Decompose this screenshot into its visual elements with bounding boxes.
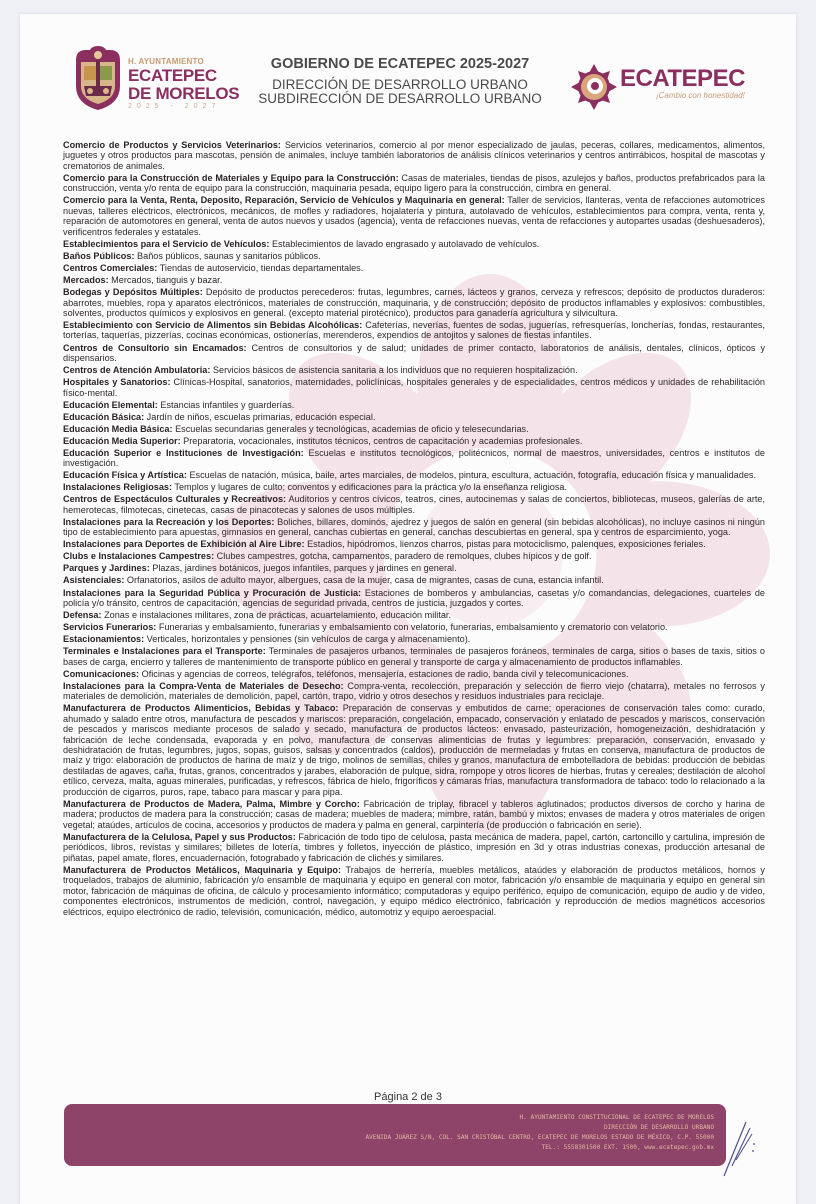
coat-of-arms-icon <box>70 46 126 112</box>
logo-line-ayuntamiento: H. AYUNTAMIENTO <box>128 58 239 66</box>
land-use-term: Centros Comerciales: <box>63 263 157 273</box>
footer-banner: H. AYUNTAMIENTO CONSTITUCIONAL DE ECATEP… <box>64 1104 726 1166</box>
land-use-entry: Instalaciones Religiosas: Templos y luga… <box>63 482 765 492</box>
land-use-description: Templos y lugares de culto; conventos y … <box>172 482 567 492</box>
land-use-description: Tiendas de autoservicio, tiendas departa… <box>157 263 363 273</box>
land-use-entry: Establecimiento con Servicio de Alimento… <box>63 320 765 341</box>
land-use-entry: Educación Básica: Jardín de niños, escue… <box>63 412 765 422</box>
land-use-term: Parques y Jardines: <box>63 563 150 573</box>
land-use-entry: Instalaciones para la Seguridad Pública … <box>63 588 765 609</box>
land-use-term: Educación Básica: <box>63 412 144 422</box>
land-use-description: Mercados, tianguis y bazar. <box>109 275 223 285</box>
logo-line-ecatepec: ECATEPEC <box>128 67 239 84</box>
land-use-term: Baños Públicos: <box>63 251 135 261</box>
land-use-term: Estacionamientos: <box>63 634 144 644</box>
land-use-entry: Educación Superior e Instituciones de In… <box>63 448 765 469</box>
signature-initials-icon <box>720 1114 760 1184</box>
land-use-description: Baños públicos, saunas y sanitarios públ… <box>135 251 321 261</box>
land-use-term: Terminales e Instalaciones para el Trans… <box>63 646 266 656</box>
land-use-entry: Centros Comerciales: Tiendas de autoserv… <box>63 263 765 273</box>
land-use-term: Establecimiento con Servicio de Alimento… <box>63 320 362 330</box>
land-use-term: Comunicaciones: <box>63 669 139 679</box>
land-use-term: Manufacturera de Productos de Madera, Pa… <box>63 799 360 809</box>
land-use-entry: Centros de Espectáculos Culturales y Rec… <box>63 494 765 515</box>
footer-line-ayuntamiento: H. AYUNTAMIENTO CONSTITUCIONAL DE ECATEP… <box>365 1113 714 1123</box>
document-page: H. AYUNTAMIENTO ECATEPEC DE MORELOS 2025… <box>20 14 796 1200</box>
land-use-description: Verticales, horizontales y pensiones (si… <box>144 634 470 644</box>
land-use-entry: Terminales e Instalaciones para el Trans… <box>63 646 765 667</box>
land-use-description: Preparación de conservas y embutidos de … <box>63 703 765 797</box>
land-use-entry: Manufacturera de Productos de Madera, Pa… <box>63 799 765 830</box>
land-use-term: Instalaciones para la Seguridad Pública … <box>63 588 361 598</box>
land-use-term: Educación Media Básica: <box>63 424 173 434</box>
land-use-term: Manufacturera de Productos Alimenticios,… <box>63 703 338 713</box>
logo-years: 2025 - 2027 <box>128 103 239 110</box>
land-use-entry: Estacionamientos: Verticales, horizontal… <box>63 634 765 644</box>
government-title: GOBIERNO DE ECATEPEC 2025-2027 <box>240 56 560 72</box>
land-use-description: Establecimientos de lavado engrasado y a… <box>269 239 539 249</box>
land-use-term: Bodegas y Depósitos Múltiples: <box>63 287 203 297</box>
land-use-entry: Educación Física y Artística: Escuelas d… <box>63 470 765 480</box>
footer-line-contact: TEL.: 5558301500 EXT. 1500, www.ecatepec… <box>365 1143 714 1153</box>
land-use-description: Clubes campestres, gotcha, campamentos, … <box>214 551 591 561</box>
land-use-description: Escuelas secundarias generales y tecnoló… <box>173 424 529 434</box>
logo-line-de-morelos: DE MORELOS <box>128 85 239 102</box>
land-use-term: Centros de Consultorio sin Encamados: <box>63 343 247 353</box>
land-use-term: Comercio de Productos y Servicios Veteri… <box>63 140 281 150</box>
brand-wordmark: ECATEPEC ¡Cambio con honestidad! <box>620 67 745 100</box>
brand-name: ECATEPEC <box>620 67 745 91</box>
land-use-description: Funerarias y embalsamiento, funerarias y… <box>156 622 667 632</box>
land-use-entry: Educación Media Básica: Escuelas secunda… <box>63 424 765 434</box>
land-use-term: Servicios Funerarios: <box>63 622 156 632</box>
land-use-term: Establecimientos para el Servicio de Veh… <box>63 239 269 249</box>
land-use-term: Educación Superior e Instituciones de In… <box>63 448 304 458</box>
land-use-term: Centros de Espectáculos Culturales y Rec… <box>63 494 286 504</box>
land-use-entry: Defensa: Zonas e instalaciones militares… <box>63 610 765 620</box>
land-use-description: Escuelas de natación, música, baile, art… <box>187 470 756 480</box>
land-use-entry: Asistenciales: Orfanatorios, asilos de a… <box>63 575 765 585</box>
land-use-entry: Manufacturera de la Celulosa, Papel y su… <box>63 832 765 863</box>
land-use-entry: Bodegas y Depósitos Múltiples: Depósito … <box>63 287 765 318</box>
land-use-entry: Mercados: Mercados, tianguis y bazar. <box>63 275 765 285</box>
land-use-term: Instalaciones para la Recreación y los D… <box>63 517 274 527</box>
land-use-entry: Clubs e Instalaciones Campestres: Clubes… <box>63 551 765 561</box>
subdirection-title: SUBDIRECCIÓN DE DESARROLLO URBANO <box>240 92 560 106</box>
land-use-entry: Educación Media Superior: Preparatoria, … <box>63 436 765 446</box>
ayuntamiento-wordmark: H. AYUNTAMIENTO ECATEPEC DE MORELOS 2025… <box>128 58 239 110</box>
land-use-term: Manufacturera de la Celulosa, Papel y su… <box>63 832 296 842</box>
land-use-term: Instalaciones Religiosas: <box>63 482 172 492</box>
land-use-term: Comercio para la Venta, Renta, Deposito,… <box>63 195 505 205</box>
land-use-entry: Centros de Atención Ambulatoria: Servici… <box>63 365 765 375</box>
land-use-description: Zonas e instalaciones militares, zona de… <box>102 610 451 620</box>
land-use-entry: Hospitales y Sanatorios: Clínicas-Hospit… <box>63 377 765 398</box>
land-use-entry: Servicios Funerarios: Funerarias y embal… <box>63 622 765 632</box>
land-use-entry: Educación Elemental: Estancias infantile… <box>63 400 765 410</box>
land-use-entry: Centros de Consultorio sin Encamados: Ce… <box>63 343 765 364</box>
land-use-term: Educación Física y Artística: <box>63 470 187 480</box>
land-use-term: Centros de Atención Ambulatoria: <box>63 365 210 375</box>
land-use-entry: Comercio de Productos y Servicios Veteri… <box>63 140 765 171</box>
flower-emblem-icon <box>570 63 618 111</box>
land-use-term: Educación Media Superior: <box>63 436 181 446</box>
land-use-entry: Instalaciones para Deportes de Exhibició… <box>63 539 765 549</box>
land-use-entry: Comercio para la Venta, Renta, Deposito,… <box>63 195 765 237</box>
ecatepec-brand-logo: ECATEPEC ¡Cambio con honestidad! <box>570 61 780 117</box>
land-use-term: Clubs e Instalaciones Campestres: <box>63 551 214 561</box>
footer-address: H. AYUNTAMIENTO CONSTITUCIONAL DE ECATEP… <box>365 1113 714 1153</box>
land-use-entry: Comunicaciones: Oficinas y agencias de c… <box>63 669 765 679</box>
land-use-entry: Instalaciones para la Compra-Venta de Ma… <box>63 681 765 702</box>
land-use-term: Instalaciones para la Compra-Venta de Ma… <box>63 681 344 691</box>
land-use-entry: Manufacturera de Productos Metálicos, Ma… <box>63 865 765 917</box>
land-use-entry: Establecimientos para el Servicio de Veh… <box>63 239 765 249</box>
ayuntamiento-logo: H. AYUNTAMIENTO ECATEPEC DE MORELOS 2025… <box>70 46 250 116</box>
land-use-entry: Manufacturera de Productos Alimenticios,… <box>63 703 765 797</box>
land-use-term: Asistenciales: <box>63 575 124 585</box>
land-use-term: Hospitales y Sanatorios: <box>63 377 171 387</box>
land-use-term: Comercio para la Construcción de Materia… <box>63 173 399 183</box>
land-use-term: Educación Elemental: <box>63 400 158 410</box>
land-use-term: Instalaciones para Deportes de Exhibició… <box>63 539 305 549</box>
land-use-term: Defensa: <box>63 610 102 620</box>
direction-title: DIRECCIÓN DE DESARROLLO URBANO <box>240 78 560 92</box>
document-heading: GOBIERNO DE ECATEPEC 2025-2027 DIRECCIÓN… <box>240 56 560 106</box>
land-use-description: Jardín de niños, escuelas primarias, edu… <box>144 412 375 422</box>
land-use-description: Estadios, hipódromos, lienzos charros, p… <box>305 539 706 549</box>
land-use-entry: Baños Públicos: Baños públicos, saunas y… <box>63 251 765 261</box>
brand-slogan: ¡Cambio con honestidad! <box>620 91 745 100</box>
footer-line-address: AVENIDA JUÁREZ S/N, COL. SAN CRISTÓBAL C… <box>365 1133 714 1143</box>
land-use-description: Estancias infantiles y guarderías. <box>158 400 294 410</box>
page-number: Página 2 de 3 <box>20 1091 796 1103</box>
land-use-entry: Instalaciones para la Recreación y los D… <box>63 517 765 538</box>
land-use-description: Orfanatorios, asilos de adulto mayor, al… <box>124 575 603 585</box>
land-use-entry: Comercio para la Construcción de Materia… <box>63 173 765 194</box>
land-use-description: Preparatoria, vocacionales, institutos t… <box>181 436 583 446</box>
land-use-description: Servicios básicos de asistencia sanitari… <box>210 365 577 375</box>
letterhead: H. AYUNTAMIENTO ECATEPEC DE MORELOS 2025… <box>20 14 796 134</box>
footer-line-direccion: DIRECCIÓN DE DESARROLLO URBANO <box>365 1123 714 1133</box>
land-use-term: Mercados: <box>63 275 109 285</box>
land-use-definitions: Comercio de Productos y Servicios Veteri… <box>63 140 765 919</box>
land-use-term: Manufacturera de Productos Metálicos, Ma… <box>63 865 341 875</box>
land-use-description: Oficinas y agencias de correos, telégraf… <box>139 669 628 679</box>
land-use-entry: Parques y Jardines: Plazas, jardines bot… <box>63 563 765 573</box>
land-use-description: Plazas, jardines botánicos, juegos infan… <box>150 563 457 573</box>
